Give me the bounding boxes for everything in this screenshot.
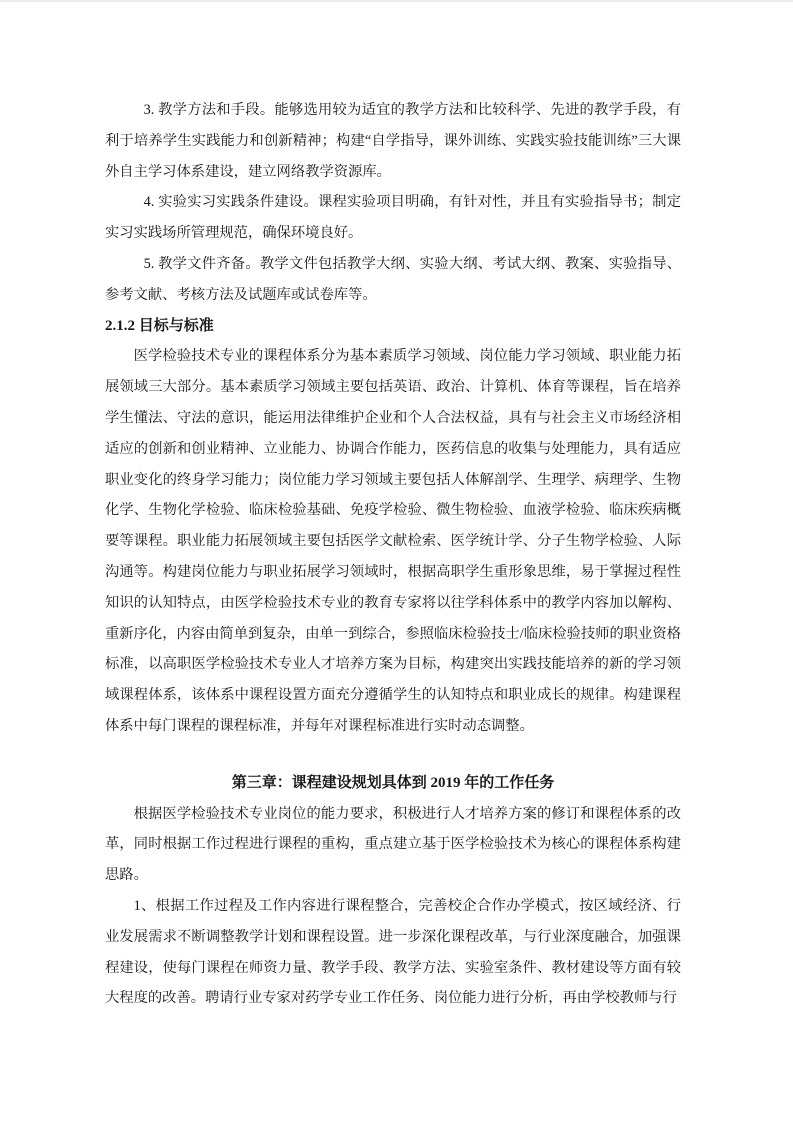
quality-item-4-practice-conditions: 4. 实验实习实践条件建设。课程实验项目明确，有针对性，并且有实验指导书；制定实… <box>105 187 681 249</box>
chapter-3-heading: 第三章：课程建设规划具体到 2019 年的工作任务 <box>105 768 681 799</box>
chapter-paragraph-task-1: 1、根据工作过程及工作内容进行课程整合，完善校企合作办学模式，按区域经济、行业发… <box>105 891 681 1014</box>
quality-item-5-teaching-documents: 5. 教学文件齐备。教学文件包括教学大纲、实验大纲、考试大纲、教案、实验指导、参… <box>105 249 681 311</box>
document-page: 3. 教学方法和手段。能够选用较为适宜的教学方法和比较科学、先进的教学手段，有利… <box>0 0 793 1122</box>
section-body-paragraph: 医学检验技术专业的课程体系分为基本素质学习领域、岗位能力学习领域、职业能力拓展领… <box>105 341 681 741</box>
section-heading-2-1-2: 2.1.2 目标与标准 <box>105 311 681 342</box>
chapter-paragraph-intro: 根据医学检验技术专业岗位的能力要求，积极进行人才培养方案的修订和课程体系的改革，… <box>105 799 681 891</box>
quality-item-3-teaching-methods: 3. 教学方法和手段。能够选用较为适宜的教学方法和比较科学、先进的教学手段，有利… <box>105 95 681 187</box>
